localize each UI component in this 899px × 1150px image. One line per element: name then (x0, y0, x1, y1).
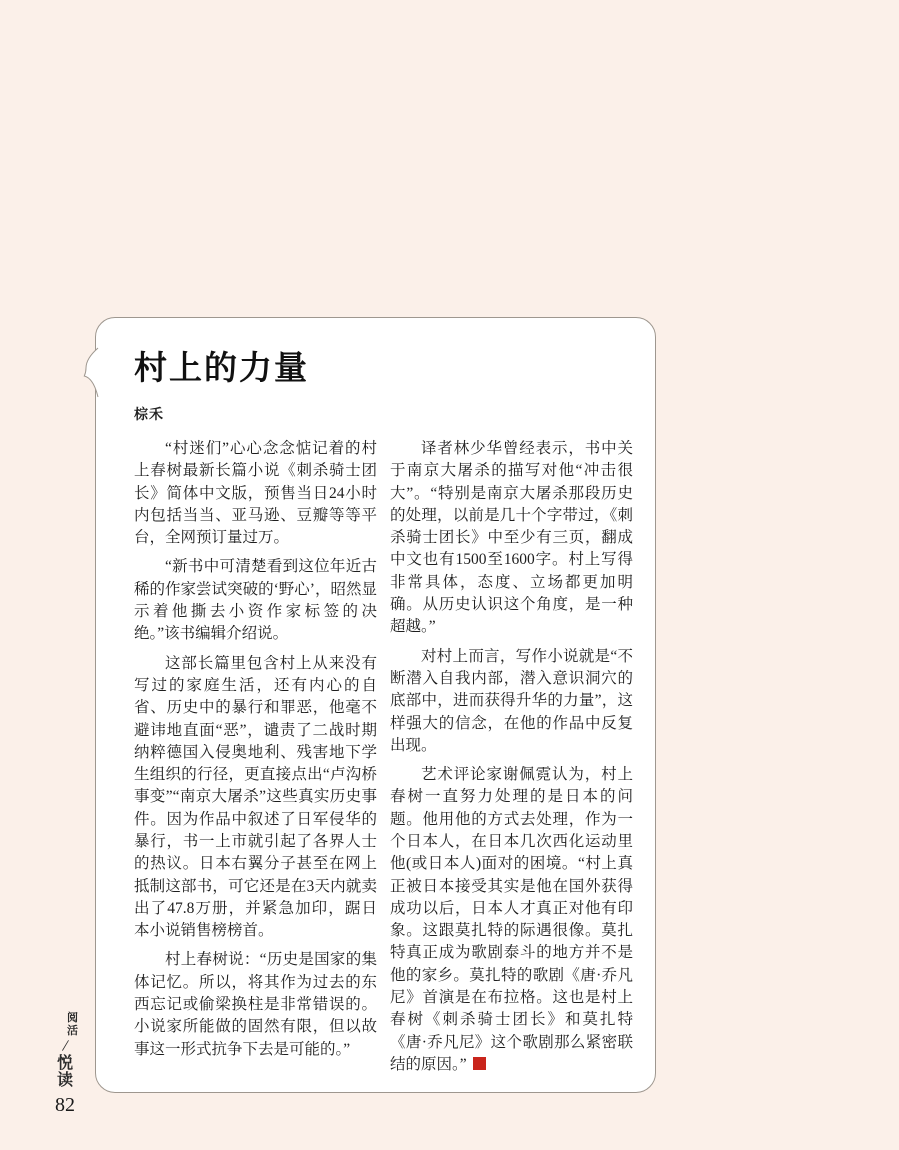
paragraph: 村上春树说：“历史是国家的集体记忆。所以，将其作为过去的东西忘记或偷梁换柱是非常… (134, 949, 377, 1060)
article-card: 村上的力量 棕禾 “村迷们”心心念念惦记着的村上春树最新长篇小说《刺杀骑士团长》… (95, 317, 656, 1093)
article-author: 棕禾 (134, 404, 655, 424)
article-body: “村迷们”心心念念惦记着的村上春树最新长篇小说《刺杀骑士团长》简体中文版，预售当… (134, 438, 633, 1083)
right-column: 译者林少华曾经表示，书中关于南京大屠杀的描写对他“冲击很大”。“特别是南京大屠杀… (390, 438, 633, 1083)
paragraph: “新书中可清楚看到这位年近古稀的作家尝试突破的‘野心’，昭然显示着他撕去小资作家… (134, 556, 377, 645)
article-end-square (473, 1057, 486, 1070)
article-title: 村上的力量 (134, 351, 655, 389)
section-label-small: 阅活 (67, 1012, 78, 1037)
left-column: “村迷们”心心念念惦记着的村上春树最新长篇小说《刺杀骑士团长》简体中文版，预售当… (134, 438, 377, 1083)
card-notch-decoration (84, 348, 99, 398)
section-separator-slash: / (61, 1038, 69, 1054)
section-label-large: 悦读 (57, 1055, 73, 1091)
folio-sidebar: 阅活 / 悦读 82 (50, 1012, 80, 1117)
paragraph: 艺术评论家谢佩霓认为，村上春树一直努力处理的是日本的问题。他用他的方式去处理，作… (390, 764, 633, 1076)
paragraph: “村迷们”心心念念惦记着的村上春树最新长篇小说《刺杀骑士团长》简体中文版，预售当… (134, 438, 377, 549)
paragraph: 译者林少华曾经表示，书中关于南京大屠杀的描写对他“冲击很大”。“特别是南京大屠杀… (390, 438, 633, 639)
page-number: 82 (55, 1094, 75, 1117)
paragraph: 这部长篇里包含村上从来没有写过的家庭生活，还有内心的自省、历史中的暴行和罪恶，他… (134, 653, 377, 943)
paragraph: 对村上而言，写作小说就是“不断潜入自我内部，潜入意识洞穴的底部中，进而获得升华的… (390, 646, 633, 757)
